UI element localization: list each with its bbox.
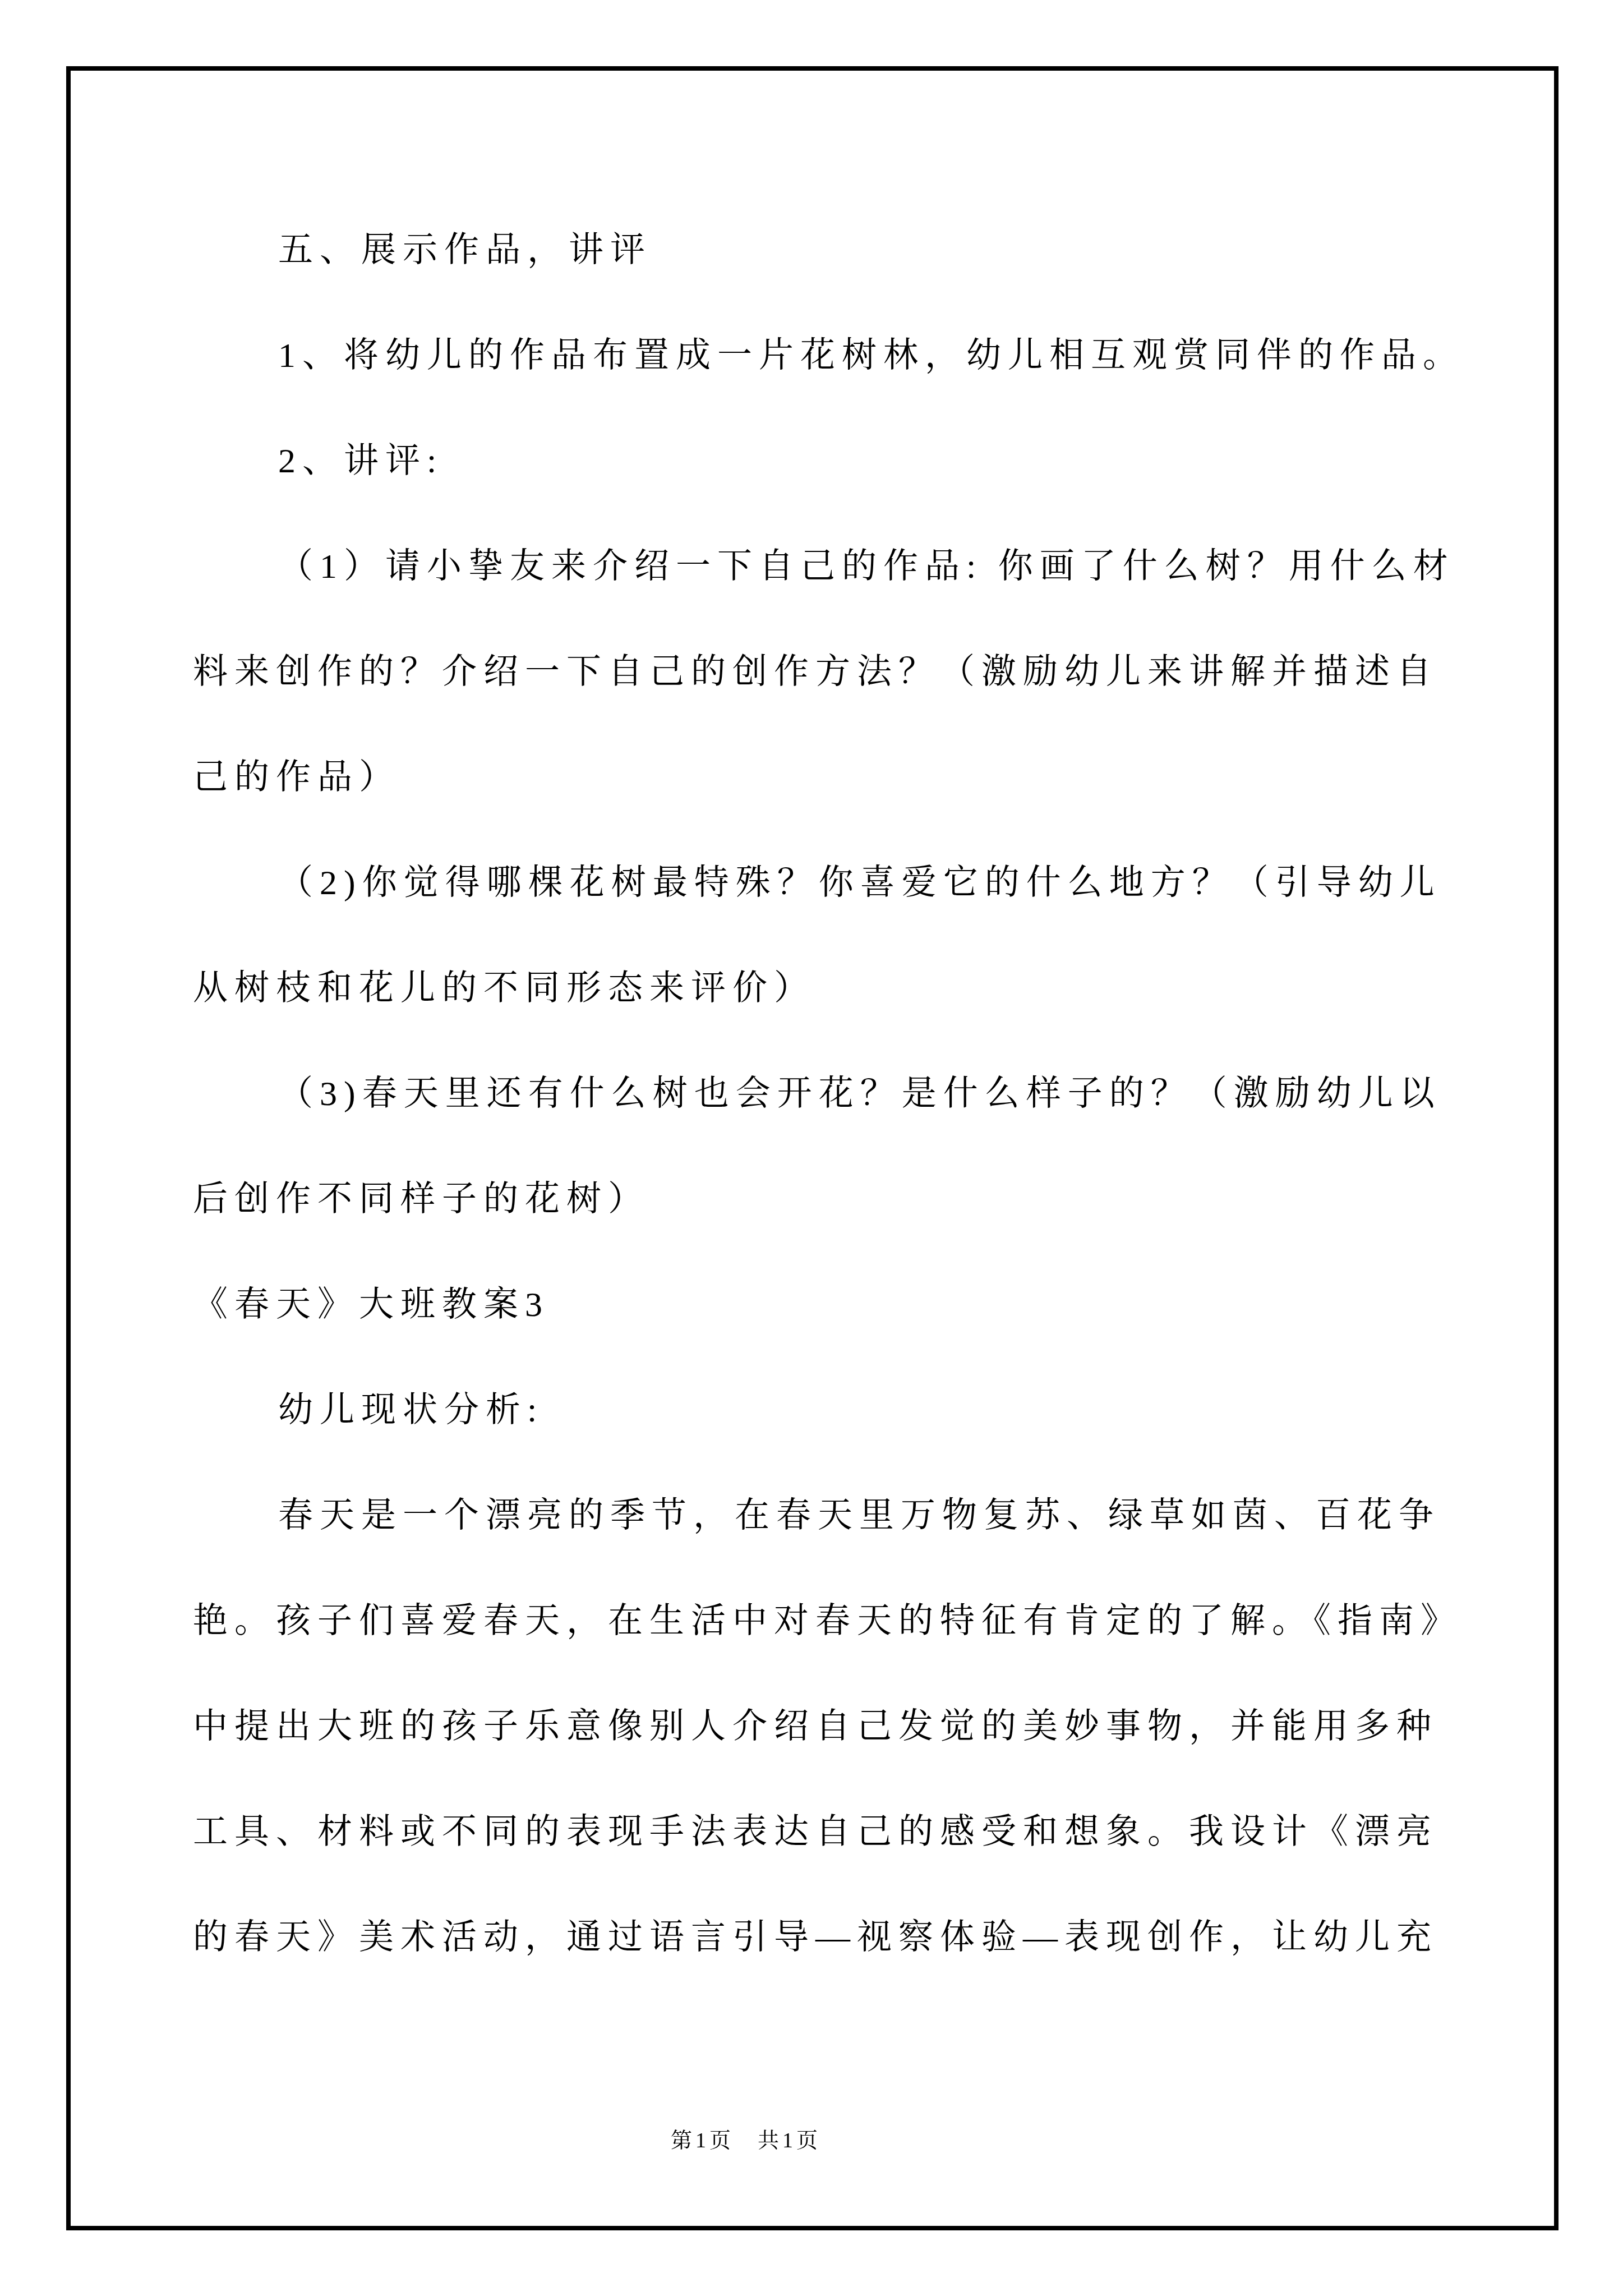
text-line: 后创作不同样子的花树） [193,1147,1472,1252]
text-line: 幼儿现状分析: [193,1358,1472,1463]
page-number-current: 第1页 [671,2129,734,2152]
text-line: 中提出大班的孩子乐意像别人介绍自己发觉的美妙事物，并能用多种 [193,1674,1472,1779]
text-line: 五、展示作品，讲评 [193,197,1472,303]
document-page: 五、展示作品，讲评1、将幼儿的作品布置成一片花树林，幼儿相互观赏同伴的作品。2、… [0,0,1623,2296]
document-body: 五、展示作品，讲评1、将幼儿的作品布置成一片花树林，幼儿相互观赏同伴的作品。2、… [193,197,1472,1990]
text-line: 的春天》美术活动，通过语言引导—视察体验—表现创作，让幼儿充 [193,1885,1472,1990]
page-footer: 第1页共1页 [0,2124,1492,2157]
text-line: 料来创作的？介绍一下自己的创作方法？（激励幼儿来讲解并描述自 [193,619,1472,725]
text-line: 2、讲评: [193,408,1472,514]
text-line: （3)春天里还有什么树也会开花？是什么样子的？（激励幼儿以 [193,1041,1472,1147]
text-line: 春天是一个漂亮的季节，在春天里万物复苏、绿草如茵、百花争 [193,1463,1472,1568]
text-line: 己的作品） [193,725,1472,830]
page-number-total: 共1页 [758,2129,821,2152]
text-line: 艳。孩子们喜爱春天，在生活中对春天的特征有肯定的了解。《指南》 [193,1568,1472,1674]
text-line: 工具、材料或不同的表现手法表达自己的感受和想象。我设计《漂亮 [193,1779,1472,1885]
text-line: 从树枝和花儿的不同形态来评价） [193,936,1472,1041]
text-line: 1、将幼儿的作品布置成一片花树林，幼儿相互观赏同伴的作品。 [193,303,1472,408]
text-line: 《春天》大班教案3 [193,1252,1472,1358]
text-line: （1）请小挚友来介绍一下自己的作品: 你画了什么树？用什么材 [193,514,1472,619]
text-line: （2)你觉得哪棵花树最特殊？你喜爱它的什么地方？（引导幼儿 [193,830,1472,936]
